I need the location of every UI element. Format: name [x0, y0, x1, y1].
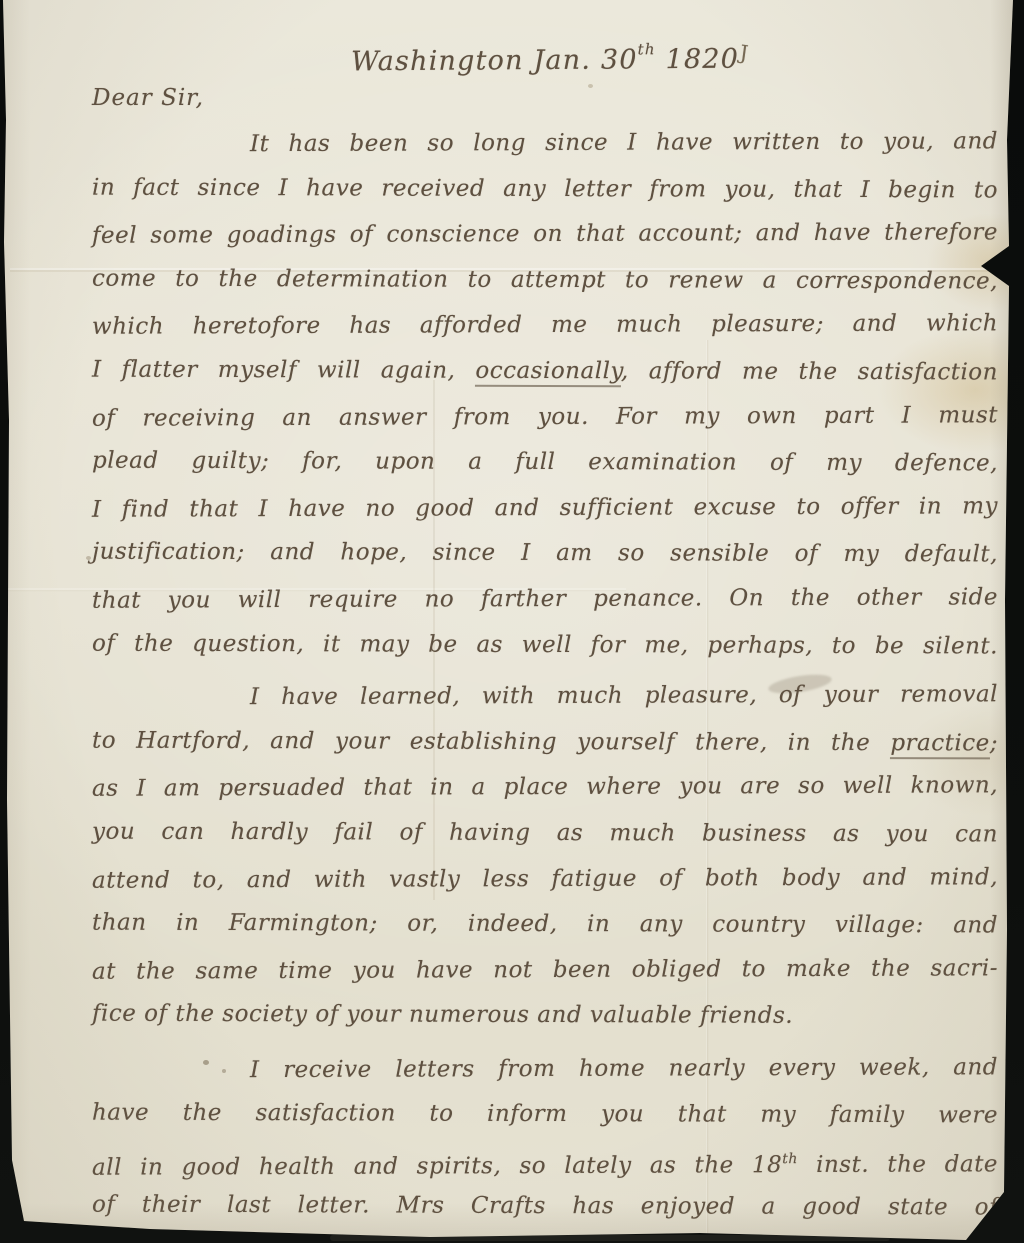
ordinal-superscript: th — [782, 1151, 798, 1167]
letter-line: I find that I have no good and sufficien… — [92, 484, 998, 533]
letter-line: of the question, it may be as well for m… — [92, 621, 998, 669]
dateline: Washington Jan. 30th 1820 J — [92, 21, 998, 79]
letter-line: have the satisfaction to inform you that… — [92, 1091, 998, 1139]
letter-line: in fact since I have received any letter… — [92, 165, 998, 213]
underlined-word: occasionally — [475, 358, 621, 387]
letter-line: as I am persuaded that in a place where … — [92, 764, 998, 813]
letter-line: of receiving an answer from you. For my … — [92, 393, 998, 442]
line-text: all in good health and spirits, so latel… — [92, 1152, 782, 1181]
letter-line: I receive letters from home nearly every… — [92, 1045, 998, 1094]
letter-line: fice of the society of your numerous and… — [92, 992, 998, 1040]
letter-line: at the same time you have not been oblig… — [92, 946, 998, 995]
paragraph-3: I receive letters from home nearly every… — [92, 1047, 998, 1229]
letter-line: come to the determination to attempt to … — [92, 256, 998, 304]
paragraph-2: I have learned, with much pleasure, of y… — [92, 674, 998, 1039]
line-text: inst. the date — [798, 1151, 998, 1178]
letter-line: all in good health and spirits, so latel… — [92, 1136, 998, 1185]
dateline-place-date: Washington Jan. 30 — [351, 44, 638, 77]
letter-line: that you will require no farther penance… — [92, 575, 998, 624]
letter-line: to Hartford, and your establishing yours… — [92, 718, 998, 766]
salutation: Dear Sir, — [92, 76, 998, 121]
letter-line: It has been so long since I have written… — [92, 119, 998, 168]
letter-line: attend to, and with vastly less fatigue … — [92, 855, 998, 904]
letter-line: I flatter myself will again, occasionall… — [92, 348, 998, 396]
underlined-word: practice — [890, 730, 989, 759]
line-text: to Hartford, and your establishing yours… — [92, 727, 890, 756]
stain-speck — [86, 556, 91, 560]
line-text: , afford me the satisfaction — [621, 358, 998, 385]
letter-line: you can hardly fail of having as much bu… — [92, 809, 998, 857]
stray-pen-mark: J — [737, 26, 753, 79]
scanned-letter-photo: Washington Jan. 30th 1820 J Dear Sir, It… — [0, 0, 1024, 1243]
dateline-ordinal-superscript: th — [638, 40, 656, 58]
letter-line: justification; and hope, since I am so s… — [92, 530, 998, 578]
letter-line: which heretofore has afforded me much pl… — [92, 302, 998, 351]
line-text: ; — [990, 730, 998, 756]
letter-line: I have learned, with much pleasure, of y… — [92, 672, 998, 721]
letter-line: feel some goadings of conscience on that… — [92, 210, 998, 259]
paragraph-1: It has been so long since I have written… — [92, 121, 998, 668]
dateline-year: 1820 — [656, 44, 740, 76]
letter-line: of their last letter. Mrs Crafts has enj… — [92, 1182, 998, 1230]
letter-content: Washington Jan. 30th 1820 J Dear Sir, It… — [92, 0, 998, 1229]
letter-page: Washington Jan. 30th 1820 J Dear Sir, It… — [0, 0, 1024, 1243]
letter-line: than in Farmington; or, indeed, in any c… — [92, 901, 998, 949]
line-text: I flatter myself will again, — [92, 357, 475, 384]
letter-line: plead guilty; for, upon a full examinati… — [92, 439, 998, 487]
